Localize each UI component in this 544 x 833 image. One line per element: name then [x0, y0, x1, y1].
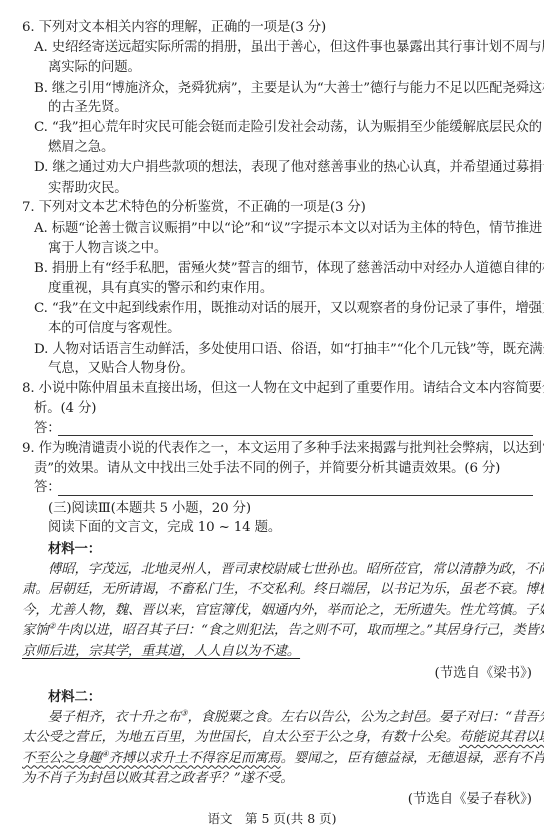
q6-option-c-cont: 燃眉之急。: [48, 139, 114, 157]
material-2-line-2: 太公受之营丘，为地五百里，为世国长，自太公至于公之身，有数十公矣。苟能说其君以取…: [22, 729, 544, 747]
q7-option-a: A. 标题“论善士微言议赈捐”中以“论”和“议”字提示本文以对话为主体的特色，情…: [34, 220, 542, 238]
text: 牛肉以进，昭召其子曰：“食之则犯法，告之则不可，取而埋之。”其居身行己，类皆如此…: [56, 623, 544, 638]
material-2-source: (节选自《晏子春秋》): [408, 791, 532, 809]
q7-option-a-cont: 寓于人物言谈之中。: [48, 240, 167, 258]
text: 家饷: [22, 623, 48, 638]
material-1-source: (节选自《梁书》): [435, 665, 532, 683]
text: 今，尤善人物，魏、晋以来，官宦簿伐，姻通内外，举而论之，无所遗失。性尤笃慎。子妇: [22, 603, 544, 618]
footnote-marker: ②: [48, 622, 55, 631]
material-1-line-2: 肃。居朝廷，无所请谒，不畜私门生，不交私利。终日端居，以书记为乐，虽老不衰。博极…: [22, 581, 544, 599]
q7-option-b: B. 捐册上有“经手私肥，雷殛火焚”誓言的细节，体现了慈善活动中对经办人道德自律…: [34, 260, 544, 278]
q7-option-d-cont: 气息，又贴合人物身份。: [48, 360, 194, 378]
section-3-heading: (三)阅读Ⅲ(本题共 5 小题，20 分): [48, 500, 251, 518]
material-2-label: 材料二：: [48, 688, 101, 706]
question-6-stem: 6. 下列对文本相关内容的理解，正确的一项是(3 分): [22, 19, 326, 37]
question-8-stem-cont: 析。(4 分): [34, 400, 96, 418]
wavy-underlined-text: 苟能说其君以取邑: [459, 730, 544, 745]
q9-answer-line[interactable]: [58, 495, 533, 496]
material-1-label: 材料一：: [48, 540, 101, 558]
material-1-line-4: 家饷②牛肉以进，昭召其子曰：“食之则犯法，告之则不可，取而埋之。”其居身行己，类…: [22, 622, 544, 640]
q6-option-b: B. 继之引用“博施济众，尧舜犹病”，主要是认为“大善士”德行与能力不足以匹配尧…: [34, 80, 544, 98]
page-footer: 语文 第 5 页(共 8 页): [0, 811, 544, 827]
text: 太公受之营丘，为地五百里，为世国长，自太公至于公之身，有数十公矣。: [22, 730, 459, 745]
q7-option-c: C. “我”在文中起到线索作用，既推动对话的展开，又以观察者的身份记录了事件，增…: [34, 300, 544, 318]
text: 。婴闻之，臣有德益禄，无德退禄，恶有不肖父: [281, 751, 544, 766]
q7-option-d: D. 人物对话语言生动鲜活，多处使用口语、俗语，如“打抽丰”“化个几元钱”等，既…: [34, 341, 544, 359]
q8-answer-label: 答：: [34, 420, 60, 438]
text: 齐搏以求升土不得容足而寓焉: [108, 751, 280, 766]
question-9-stem-cont: 责”的效果。请从文中找出三处手法不同的例子，并简要分析其谴责效果。(6 分): [34, 460, 500, 478]
q9-answer-label: 答：: [34, 479, 60, 497]
question-8-stem: 8. 小说中陈仲眉虽未直接出场，但这一人物在文中起到了重要作用。请结合文本内容简…: [22, 380, 544, 398]
q6-option-c: C. “我”担心荒年时灾民可能会铤而走险引发社会动荡，认为赈捐至少能缓解底层民众…: [34, 119, 542, 137]
q6-option-b-cont: 的古圣先贤。: [48, 99, 127, 117]
material-1-line-3: 今，尤善人物，魏、晋以来，官宦簿伐，姻通内外，举而论之，无所遗失。性尤笃慎。子妇…: [22, 602, 544, 620]
material-2-line-1: 晏子相齐，衣十升之布③，食脱粟之食。左右以告公，公为之封邑。晏子对曰：“昔吾先君: [48, 709, 544, 727]
q6-option-d: D. 继之通过劝大户捐些款项的想法，表现了他对慈善事业的热心认真，并希望通过募捐…: [34, 159, 544, 177]
question-9-stem: 9. 作为晚清谴责小说的代表作之一，本文运用了多种手法来揭露与批判社会弊病，以达…: [22, 440, 544, 458]
material-1-underlined-sentence: 京师后进，宗其学，重其道，人人自以为不逮。: [22, 643, 300, 661]
text: 晏子相齐，衣十升之布: [48, 710, 180, 725]
q7-option-b-cont: 度重视，具有真实的警示和约束作用。: [48, 280, 273, 298]
q6-option-d-cont: 实帮助灾民。: [48, 180, 127, 198]
q7-option-c-cont: 本的可信度与客观性。: [48, 320, 180, 338]
question-7-stem: 7. 下列对文本艺术特色的分析鉴赏，不正确的一项是(3 分): [22, 199, 366, 217]
section-3-instruction: 阅读下面的文言文，完成 10 ~ 14 题。: [48, 519, 281, 537]
text: 不至公之身趣: [22, 751, 101, 766]
material-1-line-1: 傅昭，字茂远，北地灵州人，晋司隶校尉咸七世孙也。昭所莅官，常以清静为政，不尚严: [48, 561, 544, 579]
material-2-line-3: 不至公之身趣④齐搏以求升土不得容足而寓焉。婴闻之，臣有德益禄，无德退禄，恶有不肖…: [22, 750, 544, 768]
q6-option-a-cont: 离实际的问题。: [48, 59, 141, 77]
q6-option-a: A. 史绍经寄送远超实际所需的捐册，虽出于善心，但这件事也暴露出其行事计划不周与…: [34, 39, 544, 57]
q8-answer-line[interactable]: [58, 435, 533, 436]
wavy-underlined-text: 不至公之身趣④齐搏以求升土不得容足而寓焉: [22, 751, 281, 766]
text: ，食脱粟之食。左右以告公，公为之封邑。晏子对曰：“昔吾先君: [187, 710, 544, 725]
material-2-line-4: 为不肖子为封邑以败其君之政者乎？”遂不受。: [22, 770, 294, 788]
